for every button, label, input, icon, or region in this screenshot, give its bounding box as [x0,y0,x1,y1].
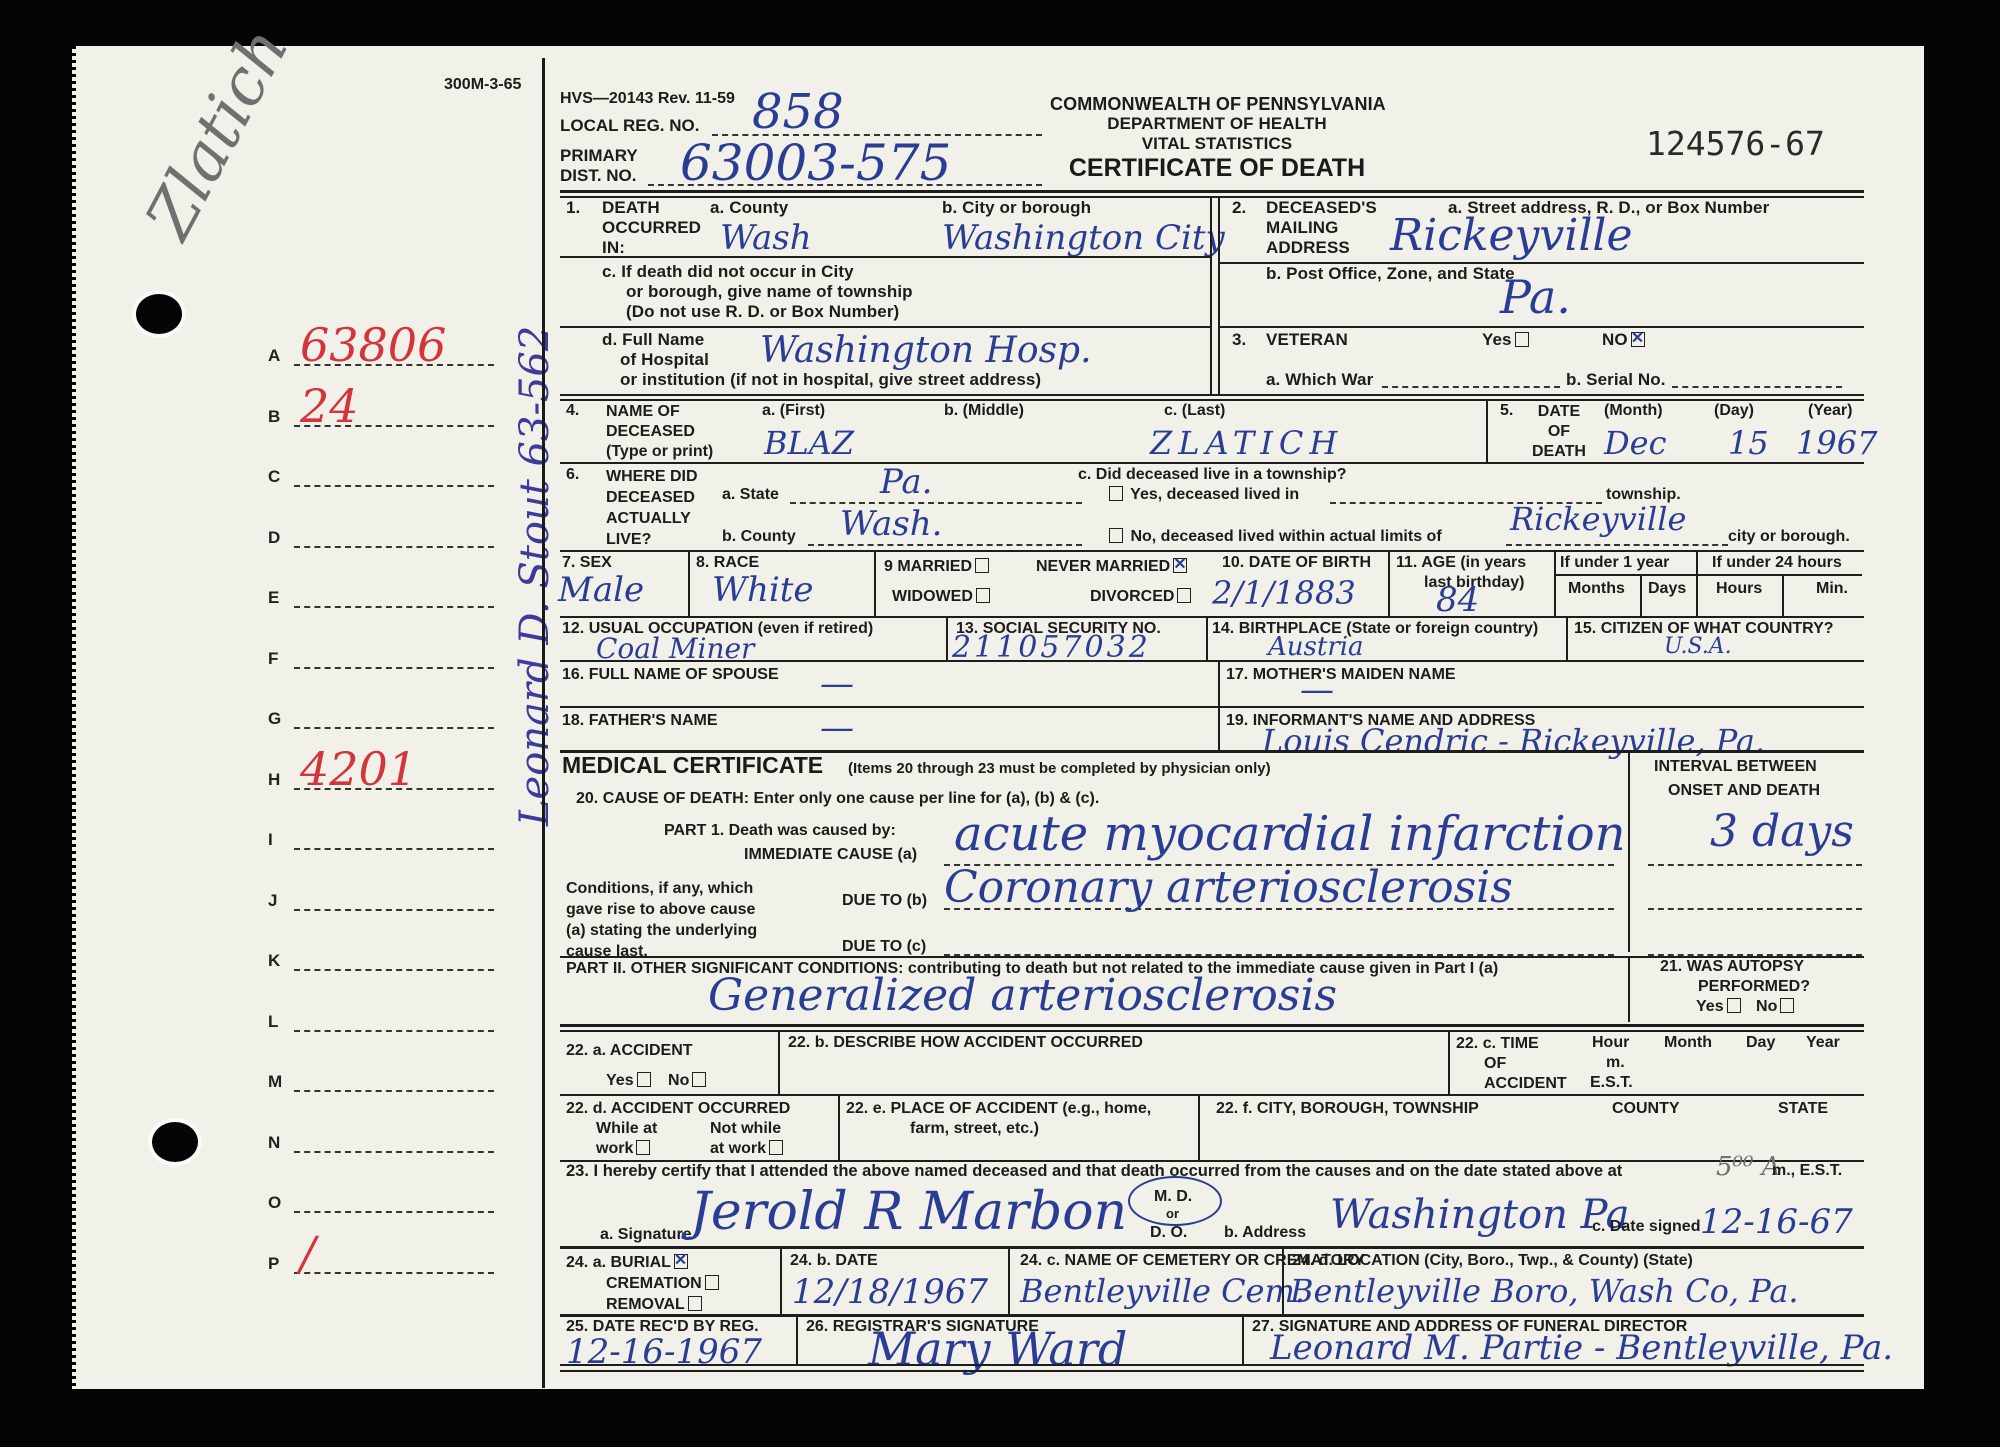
serial-no-label: b. Serial No. [1566,370,1666,390]
while-at-work-label-2: work [596,1140,633,1157]
item6-label-4: LIVE? [606,529,698,550]
death-time-suffix: m., E.S.T. [1772,1162,1842,1180]
interval-label-1: INTERVAL BETWEEN [1654,758,1817,776]
residence-state-field[interactable]: Pa. [880,462,932,502]
minutes-label: Min. [1816,580,1848,598]
conditions-label: Conditions, if any, which gave rise to a… [566,878,757,962]
township-label-2: or borough, give name of township [602,282,913,302]
not-while-at-work-label-1: Not while [710,1120,781,1138]
divorced-checkbox[interactable] [1177,588,1191,603]
autopsy-no-label: No [1756,998,1777,1015]
citizenship-field[interactable]: U.S.A. [1664,634,1732,659]
conditions-label-1: Conditions, if any, which [566,878,757,899]
autopsy-yes-checkbox[interactable] [1727,998,1741,1013]
agency-line-2: DEPARTMENT OF HEALTH [1050,114,1384,134]
item6-label-2: DECEASED [606,487,698,508]
middle-name-label: b. (Middle) [944,402,1024,420]
removal-label: REMOVAL [606,1296,685,1313]
cemetery-location-label: 24. d. LOCATION (City, Boro., Twp., & Co… [1292,1252,1693,1270]
veteran-yes-checkbox[interactable] [1515,332,1529,347]
stub-side-note: Leonard D. Stout 63-562 [512,326,558,826]
accident-no-label: No [668,1072,689,1089]
row-rule [560,1370,1864,1372]
local-reg-value: 858 [752,84,844,140]
col-rule [1448,1030,1450,1094]
date-received-field[interactable]: 12-16-1967 [566,1332,762,1372]
col-rule [1696,550,1698,616]
autopsy-no-checkbox[interactable] [1780,998,1794,1013]
col-rule [688,550,690,616]
col-rule [1210,196,1212,394]
married-checkbox[interactable] [975,558,989,573]
physician-address-label: b. Address [1224,1224,1306,1242]
accident-city-label: 22. f. CITY, BOROUGH, TOWNSHIP [1216,1100,1479,1118]
stub-row-line [294,1211,494,1213]
row-rule [560,256,1210,258]
row-rule [560,1094,1864,1096]
row-rule [560,1364,1864,1366]
date-signed-field[interactable]: 12-16-67 [1700,1202,1853,1242]
row-rule [560,660,1864,662]
death-city-label: b. City or borough [942,198,1091,218]
interval-label-2: ONSET AND DEATH [1668,782,1820,800]
stub-row-letter: C [268,467,280,487]
stub-row-letter: F [268,649,278,669]
age-label-1: 11. AGE (in years [1396,554,1526,572]
col-rule [1008,1248,1010,1314]
stub-row-letter: B [268,407,280,427]
punch-hole-top [136,294,182,334]
item5-label-2: OF [1532,422,1586,442]
conditions-label-3: (a) stating the underlying [566,920,757,941]
township-label-1: c. If death did not occur in City [602,262,913,282]
veteran-no-label: NO [1602,330,1628,349]
stub-row-value[interactable]: 4201 [300,742,417,796]
item1-label-1: DEATH [602,198,701,218]
stub-row-line [294,606,494,608]
col-rule [838,1094,840,1160]
item5-number: 5. [1500,402,1513,420]
city-suffix: city or borough. [1728,528,1850,546]
item6-label-3: ACTUALLY [606,508,698,529]
accident-county-label: COUNTY [1612,1100,1680,1118]
cremation-label: CREMATION [606,1275,702,1292]
row-rule [560,1030,1864,1032]
township-no[interactable]: No, deceased lived within actual limits … [1106,528,1442,546]
stub-row-line [294,909,494,911]
stub-row-value[interactable]: / [300,1226,316,1280]
medical-certificate-title: MEDICAL CERTIFICATE [562,752,823,779]
immediate-cause-label: IMMEDIATE CAUSE (a) [744,846,917,864]
under-24-label: If under 24 hours [1712,554,1842,572]
stub-row-letter: N [268,1133,280,1153]
accident-occurred-label: 22. d. ACCIDENT OCCURRED [566,1100,790,1118]
certify-statement: 23. I hereby certify that I attended the… [566,1162,1622,1181]
veteran-yes-label: Yes [1482,330,1512,349]
stub-row-line [294,1030,494,1032]
stub-row-letter: K [268,951,280,971]
accident-month-label: Month [1664,1034,1712,1052]
item6-label: WHERE DID DECEASED ACTUALLY LIVE? [606,466,698,550]
registrar-signature-field[interactable]: Mary Ward [868,1322,1127,1376]
first-name-field[interactable]: BLAZ [764,424,854,462]
accident-yes-checkbox[interactable] [637,1072,651,1087]
removal-checkbox[interactable] [688,1296,702,1311]
signature-label: a. Signature [600,1226,692,1244]
status-widowed[interactable]: WIDOWED [892,588,993,606]
col-rule [946,616,948,660]
while-at-work-label-1: While at [596,1120,657,1138]
which-war-field[interactable] [1382,386,1560,388]
primary-dist-label-1: PRIMARY [560,146,638,166]
col-rule [1628,752,1630,952]
hospital-label-3: or institution (if not in hospital, give… [602,370,1041,390]
accident-year-label: Year [1806,1034,1840,1052]
item4-label-3: (Type or print) [606,442,713,462]
residence-state-label: a. State [722,486,779,504]
col-rule [874,550,876,616]
row-rule [560,616,1864,618]
item4-label: NAME OF DECEASED (Type or print) [606,402,713,462]
disposition-options: 24. a. BURIAL CREMATION REMOVAL [566,1252,722,1315]
col-rule [1566,616,1568,660]
local-reg-label: LOCAL REG. NO. [560,116,699,136]
item4-label-1: NAME OF [606,402,713,422]
stub-row-letter: A [268,346,280,366]
stub-row-letter: J [268,891,277,911]
status-married[interactable]: 9 MARRIED [884,558,992,576]
accident-m-label: m. [1606,1054,1625,1072]
veteran-yes[interactable]: Yes [1482,330,1532,350]
primary-dist-label-2: DIST. NO. [560,166,637,186]
col-rule [1206,616,1208,660]
mother-maiden-field[interactable]: — [1300,670,1334,710]
row-rule [560,394,1864,396]
stub-row-letter: E [268,588,279,608]
status-divorced[interactable]: DIVORCED [1090,588,1194,606]
while-at-work-checkbox[interactable] [636,1140,650,1155]
col-rule [1640,574,1642,616]
stub-row-line [294,969,494,971]
item1-number: 1. [566,198,580,218]
col-rule [1486,400,1488,462]
death-year-label: (Year) [1808,402,1852,420]
married-label: 9 MARRIED [884,558,972,575]
township-yes[interactable]: Yes, deceased lived in [1106,486,1299,504]
accident-yes-label: Yes [606,1072,634,1089]
race-field[interactable]: White [712,570,814,610]
item6-number: 6. [566,466,579,484]
immediate-interval-field[interactable]: 3 days [1710,806,1854,857]
physician-signature-field[interactable]: Jerold R Marbon [690,1182,1127,1242]
death-year-field[interactable]: 1967 [1796,424,1877,462]
stub-row-letter: P [268,1254,279,1274]
col-rule [1218,660,1220,750]
not-while-at-work-label-2: at work [710,1140,766,1157]
township-label-3: (Do not use R. D. or Box Number) [602,302,913,322]
accident-time-label-3: ACCIDENT [1456,1074,1567,1094]
birth-date-label: 10. DATE OF BIRTH [1222,554,1371,572]
accident-no-checkbox[interactable] [692,1072,706,1087]
accident-describe-label: 22. b. DESCRIBE HOW ACCIDENT OCCURRED [788,1034,1143,1052]
father-name-label: 18. FATHER'S NAME [562,712,718,730]
death-city-field[interactable]: Washington City [942,218,1225,258]
spouse-label: 16. FULL NAME OF SPOUSE [562,666,779,684]
due-to-b-label: DUE TO (b) [842,892,927,910]
stub-row-letter: H [268,770,280,790]
city-line [1506,544,1728,546]
serial-no-field[interactable] [1672,386,1842,388]
residence-county-field[interactable]: Wash. [840,504,942,544]
widowed-checkbox[interactable] [976,588,990,603]
item1-label-3: IN: [602,238,701,258]
item6-label-1: WHERE DID [606,466,698,487]
do-label: D. O. [1150,1224,1187,1242]
stub-row-letter: M [268,1072,282,1092]
col-rule [1282,1248,1284,1314]
row-rule [560,706,1864,708]
or-label: or [1166,1206,1179,1221]
sex-field[interactable]: Male [558,570,644,610]
item1-label: DEATH OCCURRED IN: [602,198,701,258]
row-rule [560,550,1864,552]
certificate-stub: 300M-3-65 Zlatich Leonard D. Stout 63-56… [72,46,545,1389]
item3-number: 3. [1232,330,1246,350]
burial-option[interactable]: 24. a. BURIAL [566,1252,722,1273]
death-time-field[interactable]: 5⁰⁰ A [1716,1152,1780,1182]
autopsy-label-1: 21. WAS AUTOPSY [1660,958,1804,976]
stub-row-line [294,667,494,669]
primary-dist-value: 63003-575 [680,134,951,192]
accident-time-label: 22. c. TIME OF ACCIDENT [1456,1034,1567,1094]
col-rule [1218,196,1220,394]
post-office-label: b. Post Office, Zone, and State [1266,264,1515,284]
stub-pencil-name: Zlatich [132,16,304,251]
item5-label: DATE OF DEATH [1532,402,1586,462]
death-month-field[interactable]: Dec [1604,424,1667,462]
county-line [808,544,1082,546]
cemetery-field[interactable]: Bentleyville Cem. [1020,1272,1305,1310]
sub-rule [1556,574,1862,576]
veteran-no-checkbox[interactable] [1631,332,1645,347]
col-rule [1554,550,1556,616]
post-office-field[interactable]: Pa. [1500,270,1571,324]
stub-row-line [294,546,494,548]
col-rule [1242,1314,1244,1364]
item2-number: 2. [1232,198,1246,218]
agency-line-1: COMMONWEALTH OF PENNSYLVANIA [1050,94,1384,115]
cremation-checkbox[interactable] [705,1275,719,1290]
status-never-married[interactable]: NEVER MARRIED [1036,558,1190,576]
col-rule [778,1030,780,1094]
township-yes-label: Yes, deceased lived in [1130,486,1299,503]
death-township-label: c. If death did not occur in City or bor… [602,262,913,322]
last-name-label: c. (Last) [1164,402,1225,420]
street-field[interactable]: Rickeyville [1390,210,1633,261]
never-married-checkbox[interactable] [1173,558,1187,573]
autopsy-yes-label: Yes [1696,998,1724,1015]
under-year-label: If under 1 year [1560,554,1669,572]
medical-subtitle: (Items 20 through 23 must be completed b… [848,760,1271,777]
row-rule [560,1246,1864,1249]
item5-label-3: DEATH [1532,442,1586,462]
item4-number: 4. [566,402,579,420]
father-name-field[interactable]: — [820,708,854,748]
autopsy-options[interactable]: Yes No [1696,998,1797,1016]
row-rule [560,1314,1864,1317]
days-label: Days [1648,580,1686,598]
autopsy-label-2: PERFORMED? [1698,978,1810,996]
death-month-label: (Month) [1604,402,1663,420]
divorced-label: DIVORCED [1090,588,1174,605]
item5-label-1: DATE [1532,402,1586,422]
stub-row-line [294,848,494,850]
due-to-b-field[interactable]: Coronary arteriosclerosis [944,862,1513,913]
accident-hour-label: Hour [1592,1034,1629,1052]
row-rule [560,399,1864,401]
date-signed-label: c. Date signed [1592,1218,1700,1236]
stub-row-letter: D [268,528,280,548]
certificate-number: 124576-67 [1646,124,1825,163]
funeral-director-field[interactable]: Leonard M. Partie - Bentleyville, Pa. [1270,1328,1893,1368]
stub-row-letter: O [268,1193,281,1213]
death-county-label: a. County [710,198,788,218]
accident-day-label: Day [1746,1034,1775,1052]
stub-row-letter: L [268,1012,278,1032]
hospital-field[interactable]: Washington Hosp. [760,330,1092,371]
accident-time-label-1: 22. c. TIME [1456,1034,1567,1054]
cemetery-location-field[interactable]: Bentleyville Boro, Wash Co, Pa. [1290,1272,1799,1310]
conditions-label-2: gave rise to above cause [566,899,757,920]
stub-row-line [294,1090,494,1092]
item4-label-2: DECEASED [606,422,713,442]
last-name-field[interactable]: ZLATICH [1150,424,1343,462]
first-name-label: a. (First) [762,402,825,420]
col-rule [1388,550,1390,616]
stub-row-line [294,727,494,729]
physician-address-field[interactable]: Washington Pa [1330,1192,1630,1238]
col-rule [1628,956,1630,1022]
stub-row-value[interactable]: 63806 [300,318,446,372]
col-rule [1198,1094,1200,1160]
residence-city-field[interactable]: Rickeyville [1510,500,1686,538]
veteran-label: VETERAN [1266,330,1348,350]
punch-hole-bottom [152,1122,198,1162]
certificate-title: CERTIFICATE OF DEATH [1050,154,1384,183]
row-rule [560,326,1210,328]
row-rule [560,462,1864,464]
accident-est-label: E.S.T. [1590,1074,1633,1092]
death-day-field[interactable]: 15 [1728,424,1769,462]
item2-label-3: ADDRESS [1266,238,1377,258]
agency-line-3: VITAL STATISTICS [1050,134,1384,154]
due-b-interval-line [1648,908,1862,910]
col-rule [1782,574,1784,616]
accident-time-label-2: OF [1456,1054,1567,1074]
removal-option[interactable]: REMOVAL [566,1294,722,1315]
item2-label-1: DECEASED'S [1266,198,1377,218]
never-married-label: NEVER MARRIED [1036,558,1170,575]
form-number: HVS—20143 Rev. 11-59 [560,90,735,108]
disposition-date-field[interactable]: 12/18/1967 [792,1272,988,1312]
while-at-work[interactable]: work [596,1140,653,1158]
due-to-c-label: DUE TO (c) [842,938,926,956]
stub-row-line [294,1151,494,1153]
part2-field[interactable]: Generalized arteriosclerosis [708,970,1337,1021]
residence-county-label: b. County [722,528,796,546]
township-question: c. Did deceased live in a township? [1078,466,1347,484]
stub-row-line [294,485,494,487]
mother-maiden-label: 17. MOTHER'S MAIDEN NAME [1226,666,1456,684]
part1-label: PART 1. Death was caused by: [664,822,896,840]
death-day-label: (Day) [1714,402,1754,420]
not-while-at-work[interactable]: at work [710,1140,786,1158]
accident-options[interactable]: Yes No [606,1072,709,1090]
informant-field[interactable]: Louis Cendric - Rickeyville, Pa. [1262,722,1765,760]
birthplace-field[interactable]: Austria [1268,632,1364,662]
not-while-at-work-checkbox[interactable] [769,1140,783,1155]
col-rule [796,1314,798,1364]
spouse-field[interactable]: — [820,664,854,704]
immediate-cause-field[interactable]: acute myocardial infarction [954,806,1626,862]
stub-divider [542,58,545,1388]
stub-row-line [294,1272,494,1274]
age-field[interactable]: 84 [1436,580,1479,620]
death-county-field[interactable]: Wash [720,218,812,258]
col-rule [780,1248,782,1314]
immediate-interval-line [1648,864,1862,866]
burial-checkbox[interactable] [674,1254,688,1269]
township-yes-checkbox[interactable] [1109,486,1123,501]
conditions-label-4: cause last. [566,941,757,962]
accident-label: 22. a. ACCIDENT [566,1042,693,1060]
stub-form-code: 300M-3-65 [444,76,521,94]
item2-label-2: MAILING [1266,218,1377,238]
stub-row-letter: I [268,830,273,850]
birth-date-field[interactable]: 2/1/1883 [1212,574,1356,612]
stub-row-value[interactable]: 24 [300,379,359,433]
which-war-label: a. Which War [1266,370,1373,390]
veteran-no[interactable]: NO [1602,330,1648,350]
months-label: Months [1568,580,1625,598]
item2-label: DECEASED'S MAILING ADDRESS [1266,198,1377,258]
header-rule-1 [560,190,1864,193]
place-of-accident-label-2: farm, street, etc.) [910,1120,1039,1138]
township-no-label: No, deceased lived within actual limits … [1130,528,1441,545]
accident-state-label: STATE [1778,1100,1828,1118]
cremation-option[interactable]: CREMATION [566,1273,722,1294]
row-rule [1220,326,1864,328]
township-no-checkbox[interactable] [1109,528,1123,543]
disposition-date-label: 24. b. DATE [790,1252,878,1270]
hours-label: Hours [1716,580,1762,598]
item1-label-2: OCCURRED [602,218,701,238]
burial-label: 24. a. BURIAL [566,1254,671,1271]
md-label: M. D. [1154,1188,1192,1206]
stub-row-letter: G [268,709,281,729]
place-of-accident-label-1: 22. e. PLACE OF ACCIDENT (e.g., home, [846,1100,1151,1118]
birthplace-label: 14. BIRTHPLACE (State or foreign country… [1212,620,1538,638]
row-rule [560,1024,1864,1027]
widowed-label: WIDOWED [892,588,973,605]
